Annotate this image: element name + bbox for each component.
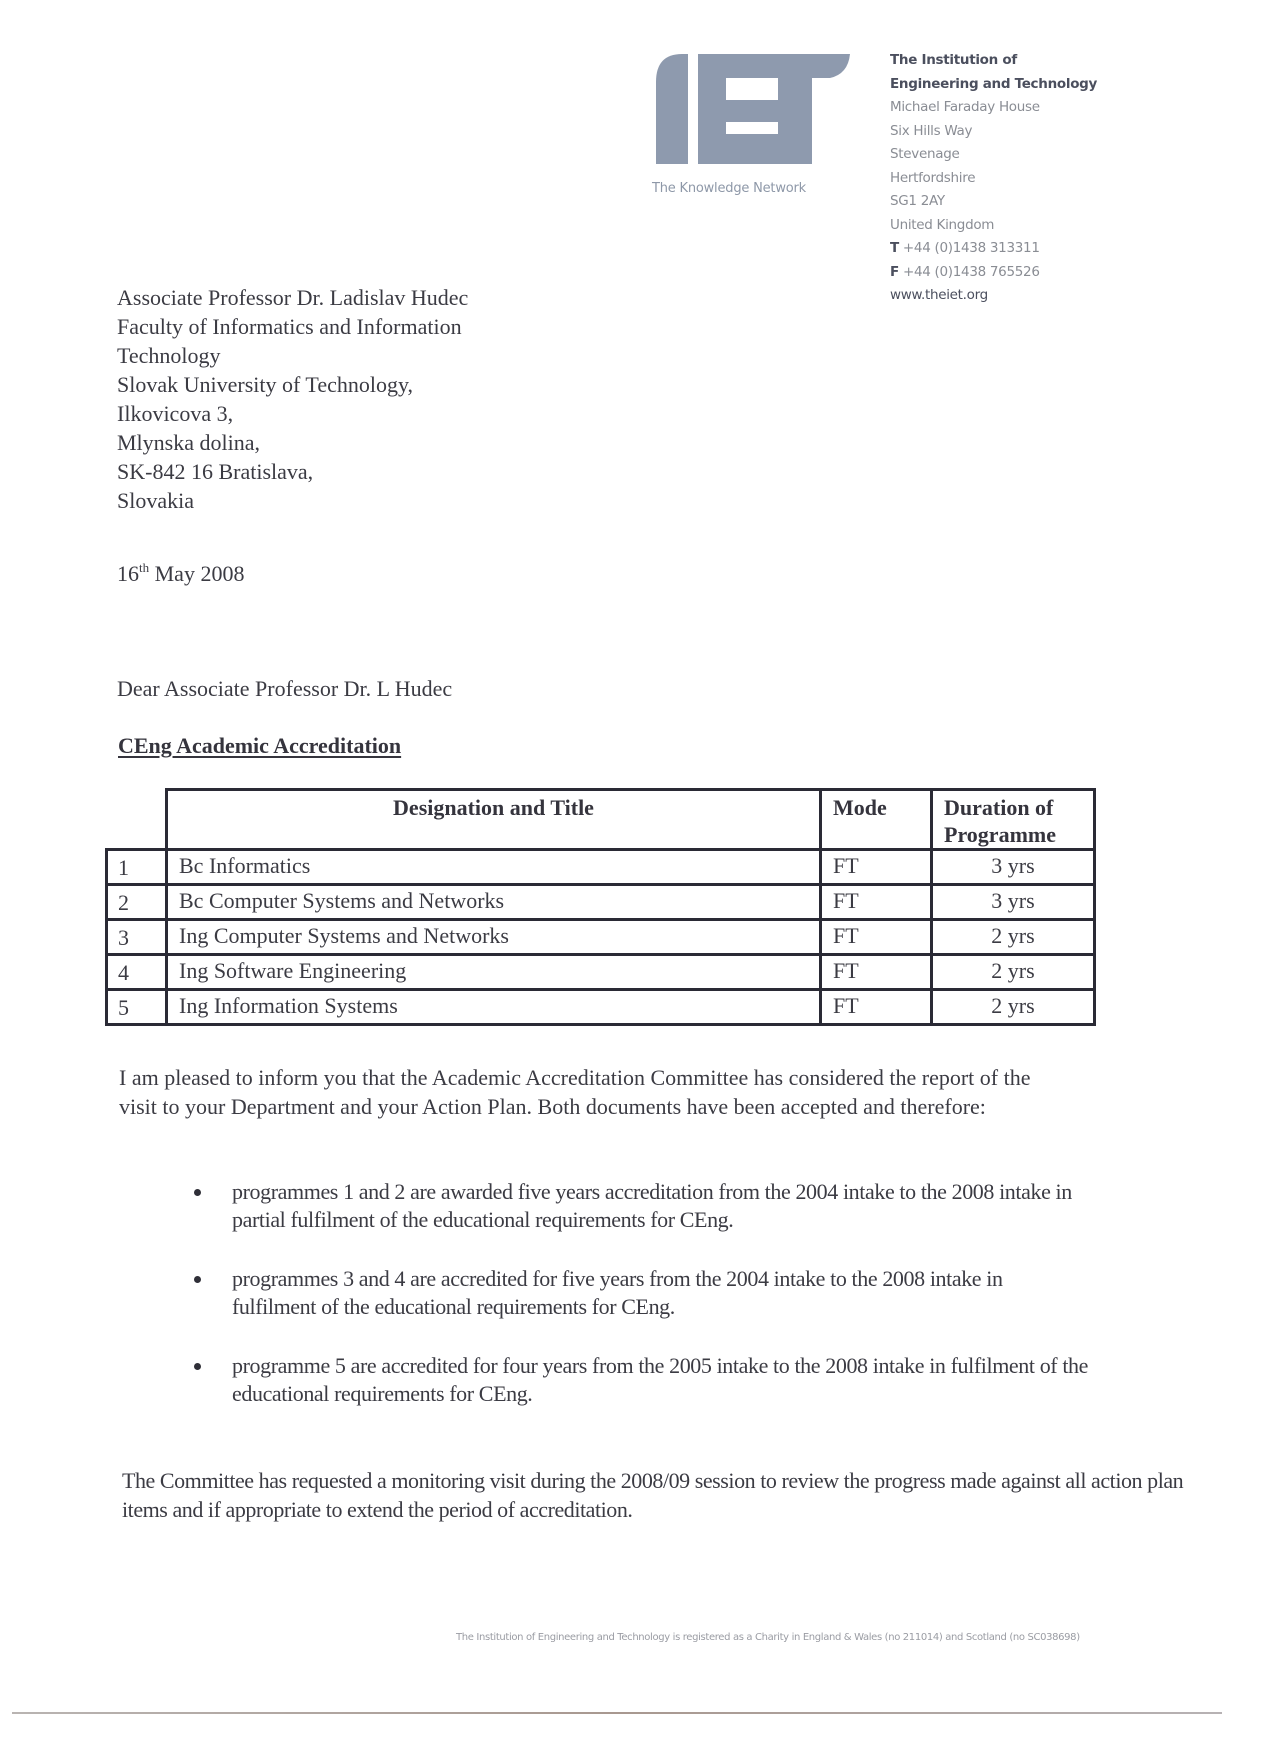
programme-title: Ing Software Engineering — [167, 955, 821, 990]
recipient-address: Associate Professor Dr. Ladislav Hudec F… — [117, 283, 468, 515]
table-row: 2Bc Computer Systems and NetworksFT3 yrs — [107, 885, 1095, 920]
letter-date: 16th May 2008 — [117, 561, 244, 587]
accreditation-list: programmes 1 and 2 are awarded five year… — [190, 1178, 1090, 1439]
bullet-icon — [194, 1276, 201, 1283]
table-row: 5Ing Information SystemsFT2 yrs — [107, 990, 1095, 1025]
programme-duration: 2 yrs — [932, 955, 1095, 990]
org-address-line: Hertfordshire — [890, 167, 1097, 191]
org-fax: F +44 (0)1438 765526 — [890, 261, 1097, 285]
org-address-line: Michael Faraday House — [890, 96, 1097, 120]
programme-duration: 2 yrs — [932, 990, 1095, 1025]
intro-paragraph: I am pleased to inform you that the Acad… — [119, 1063, 1059, 1121]
fax-label: F — [890, 264, 899, 280]
org-name-line2: Engineering and Technology — [890, 73, 1097, 97]
programme-title: Bc Informatics — [167, 850, 821, 885]
recipient-line: Ilkovicova 3, — [117, 399, 468, 428]
recipient-line: Associate Professor Dr. Ladislav Hudec — [117, 283, 468, 312]
recipient-line: Slovak University of Technology, — [117, 370, 468, 399]
header-duration: Duration ofProgramme — [932, 790, 1095, 850]
charity-notice: The Institution of Engineering and Techn… — [456, 1632, 1080, 1643]
list-item-text: programmes 1 and 2 are awarded five year… — [232, 1179, 1072, 1232]
programme-duration: 3 yrs — [932, 885, 1095, 920]
recipient-line: Slovakia — [117, 486, 468, 515]
list-item: programme 5 are accredited for four year… — [190, 1352, 1090, 1408]
programme-title: Ing Computer Systems and Networks — [167, 920, 821, 955]
recipient-line: SK-842 16 Bratislava, — [117, 457, 468, 486]
table-row: 3Ing Computer Systems and NetworksFT2 yr… — [107, 920, 1095, 955]
list-item-text: programme 5 are accredited for four year… — [232, 1353, 1088, 1406]
programme-title: Bc Computer Systems and Networks — [167, 885, 821, 920]
bullet-icon — [194, 1189, 201, 1196]
recipient-line: Faculty of Informatics and Information — [117, 312, 468, 341]
programme-mode: FT — [821, 885, 932, 920]
phone-label: T — [890, 240, 899, 256]
org-website-link[interactable]: www.theiet.org — [890, 284, 1097, 308]
date-month-year: May 2008 — [155, 561, 245, 586]
org-address-line: SG1 2AY — [890, 190, 1097, 214]
row-number: 4 — [107, 955, 167, 990]
header-number-blank — [107, 790, 167, 850]
org-address-line: Stevenage — [890, 143, 1097, 167]
programme-mode: FT — [821, 990, 932, 1025]
list-item: programmes 3 and 4 are accredited for fi… — [190, 1265, 1090, 1321]
row-number: 5 — [107, 990, 167, 1025]
list-item: programmes 1 and 2 are awarded five year… — [190, 1178, 1090, 1234]
row-number: 3 — [107, 920, 167, 955]
phone-number: +44 (0)1438 313311 — [903, 240, 1040, 256]
footer-divider — [12, 1712, 1222, 1714]
programme-duration: 2 yrs — [932, 920, 1095, 955]
bullet-icon — [194, 1363, 201, 1370]
org-address-line: United Kingdom — [890, 214, 1097, 238]
table-row: 1Bc InformaticsFT3 yrs — [107, 850, 1095, 885]
subject-heading: CEng Academic Accreditation — [118, 733, 401, 759]
programme-title: Ing Information Systems — [167, 990, 821, 1025]
closing-paragraph: The Committee has requested a monitoring… — [122, 1466, 1212, 1524]
header-duration-line1: Duration of — [944, 794, 1093, 821]
header-duration-line2: Programme — [944, 821, 1093, 848]
row-number: 1 — [107, 850, 167, 885]
sender-address-block: The Institution of Engineering and Techn… — [890, 49, 1097, 308]
recipient-line: Technology — [117, 341, 468, 370]
table-body: 1Bc InformaticsFT3 yrs2Bc Computer Syste… — [107, 850, 1095, 1025]
table-row: 4Ing Software EngineeringFT2 yrs — [107, 955, 1095, 990]
date-day: 16 — [117, 561, 139, 586]
row-number: 2 — [107, 885, 167, 920]
table-header-row: Designation and Title Mode Duration ofPr… — [107, 790, 1095, 850]
list-item-text: programmes 3 and 4 are accredited for fi… — [232, 1266, 1003, 1319]
programme-mode: FT — [821, 850, 932, 885]
programme-duration: 3 yrs — [932, 850, 1095, 885]
programme-table: Designation and Title Mode Duration ofPr… — [105, 788, 1096, 1026]
recipient-line: Mlynska dolina, — [117, 428, 468, 457]
org-phone: T +44 (0)1438 313311 — [890, 237, 1097, 261]
header-mode: Mode — [821, 790, 932, 850]
logo-tagline: The Knowledge Network — [652, 181, 832, 196]
iet-logo — [652, 52, 852, 164]
date-suffix: th — [139, 560, 149, 575]
programme-mode: FT — [821, 920, 932, 955]
org-address-line: Six Hills Way — [890, 120, 1097, 144]
fax-number: +44 (0)1438 765526 — [903, 264, 1040, 280]
programme-mode: FT — [821, 955, 932, 990]
salutation: Dear Associate Professor Dr. L Hudec — [117, 676, 452, 702]
header-title: Designation and Title — [167, 790, 821, 850]
org-name-line1: The Institution of — [890, 49, 1097, 73]
